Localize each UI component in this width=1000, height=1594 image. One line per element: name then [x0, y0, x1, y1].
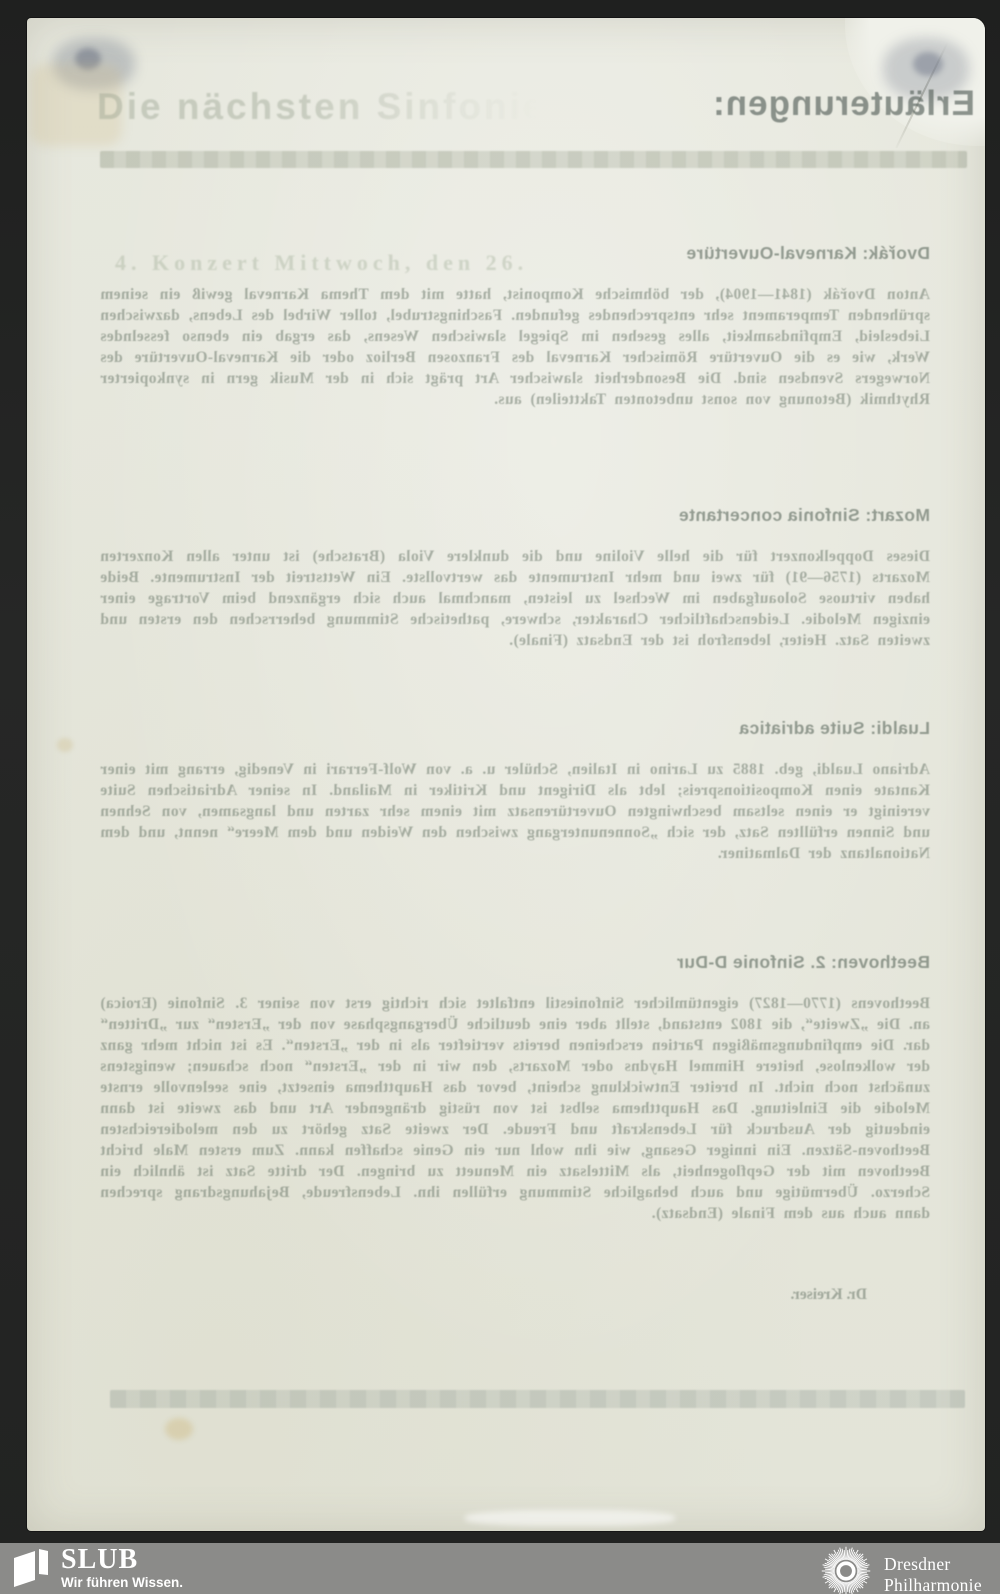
section-body: Dieses Doppelkonzert für die helle Violi… [100, 546, 930, 651]
section-mozart: Mozart: Sinfonia concertante Dieses Dopp… [100, 505, 930, 651]
slub-wordmark: SLUB Wir führen Wissen. [61, 1546, 183, 1590]
philharmonie-wordmark: Dresdner Philharmonie [884, 1554, 982, 1594]
section-body: Beethovens (1770—1827) eigentümlicher Si… [100, 993, 930, 1224]
slub-book-icon [13, 1548, 51, 1588]
scanned-page: Die nächsten Sinfonie 4. Konzert Mittwoc… [27, 18, 985, 1531]
section-heading: Dvořák: Karneval-Ouvertüre [100, 243, 930, 264]
author-signature: Dr. Kreiser. [791, 1286, 868, 1304]
section-body: Adriano Lualdi, geb. 1885 zu Larino in I… [100, 759, 930, 864]
philharmonie-sunburst-icon [818, 1543, 874, 1594]
paper-stain [165, 1418, 193, 1440]
section-heading: Lualdi: Suite adriatica [100, 718, 930, 739]
section-beethoven: Beethoven: 2. Sinfonie D-Dur Beethovens … [100, 952, 930, 1224]
mirrored-page-title: Erläuterungen: [712, 84, 975, 124]
section-lualdi: Lualdi: Suite adriatica Adriano Lualdi, … [100, 718, 930, 864]
scan-viewport: Die nächsten Sinfonie 4. Konzert Mittwoc… [0, 0, 1000, 1594]
paper-stain [57, 738, 73, 752]
section-heading: Mozart: Sinfonia concertante [100, 505, 930, 526]
slub-tagline: Wir führen Wissen. [61, 1575, 183, 1590]
philharmonie-line1: Dresdner [884, 1554, 982, 1575]
edge-scuff [465, 1510, 675, 1526]
slub-name: SLUB [61, 1546, 183, 1574]
section-body: Anton Dvořák (1841—1904), der böhmische … [100, 284, 930, 410]
footer-bar: SLUB Wir führen Wissen. Dresdner Philhar… [0, 1543, 1000, 1594]
philharmonie-logo: Dresdner Philharmonie [818, 1543, 982, 1594]
section-heading: Beethoven: 2. Sinfonie D-Dur [100, 952, 930, 973]
section-dvorak: Dvořák: Karneval-Ouvertüre Anton Dvořák … [100, 243, 930, 410]
slub-logo: SLUB Wir führen Wissen. [13, 1546, 183, 1590]
bleed-through-text-layer: Erläuterungen: Dvořák: Karneval-Ouvertür… [27, 18, 985, 1531]
philharmonie-line2: Philharmonie [884, 1575, 982, 1594]
